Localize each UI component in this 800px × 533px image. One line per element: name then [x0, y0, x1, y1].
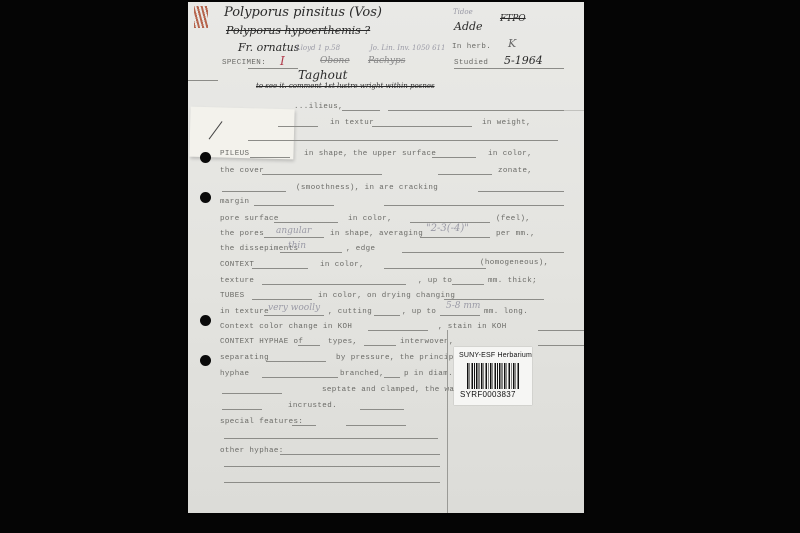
field-smoothness: (smoothness), in are cracking: [296, 184, 438, 192]
field-pileus-line: ...ilieus,: [294, 103, 343, 111]
field-the-pores: the pores: [220, 230, 264, 238]
field-stain-koh: , stain in KOH: [438, 323, 507, 331]
field-homogeneous: (homogeneous),: [480, 259, 549, 267]
blank: [478, 191, 564, 192]
field-pileus: PILEUS: [220, 150, 249, 158]
field-up-to: , up to: [418, 277, 452, 285]
herbarium-barcode-label: SUNY-ESF Herbarium SYRF0003837: [454, 347, 532, 405]
locality: Taghout: [298, 68, 347, 82]
blank: [374, 315, 400, 316]
field-koh: Context color change in KOH: [220, 323, 352, 331]
blank: [224, 466, 440, 467]
field-branched: branched,: [340, 370, 384, 378]
blank: [368, 330, 428, 331]
blank: [438, 174, 492, 175]
field-in-shape-averaging: in shape, averaging: [330, 230, 423, 238]
field-in-shape-upper: in shape, the upper surface: [304, 150, 436, 158]
handwritten-pores-shape: angular: [276, 226, 311, 236]
blank: [254, 205, 334, 206]
specimen-sheet: Polyporus pinsitus (Vos) Polyporus hypoe…: [188, 2, 584, 513]
blank: [266, 361, 326, 362]
blank: [264, 237, 324, 238]
struck-species-name: Polyporus hypoerthemis ?: [226, 24, 370, 37]
hole-punch: [200, 355, 211, 366]
blank: [280, 454, 440, 455]
specimen-underline: [248, 68, 298, 69]
blank: [364, 345, 396, 346]
field-interwoven: interwoven,: [400, 338, 454, 346]
handwritten-note-top-right: Adde: [454, 20, 483, 33]
in-herb-label: In herb.: [452, 43, 491, 51]
field-texture: texture: [220, 277, 254, 285]
field-edge: , edge: [346, 245, 375, 253]
blank: [384, 268, 486, 269]
field-special-features: special features:: [220, 418, 303, 426]
blank: [264, 315, 324, 316]
herbarium-name: SUNY-ESF Herbarium: [459, 352, 532, 359]
field-tubes: TUBES: [220, 292, 245, 300]
blank: [222, 409, 262, 410]
field-in-weight: in weight,: [482, 119, 531, 127]
field-zonate: zonate,: [498, 167, 532, 175]
blank: [224, 438, 438, 439]
faint-note-top-right: Tidoe: [453, 8, 473, 16]
blank: [346, 425, 406, 426]
handwritten-author: Fr. ornatus: [238, 41, 299, 54]
blank: [372, 126, 472, 127]
field-cutting: , cutting: [328, 308, 372, 316]
handwritten-species-name: Polyporus pinsitus (Vos): [224, 5, 382, 20]
blank: [262, 377, 338, 378]
blank: [538, 330, 584, 331]
blank: [224, 482, 440, 483]
blank: [452, 284, 484, 285]
field-p-in-diam: p in diam.: [404, 370, 453, 378]
field-types: types,: [328, 338, 357, 346]
handwritten-texture: very woolly: [268, 303, 320, 313]
blank: [402, 252, 564, 253]
in-herb-value: K: [508, 37, 516, 50]
specimen-struck-1: Obone: [320, 56, 350, 66]
field-hyphae: hyphae: [220, 370, 249, 378]
blank: [262, 174, 382, 175]
blank: [384, 377, 400, 378]
field-pore-surface: pore surface: [220, 215, 279, 223]
faint-note-reference: Lloyd 1 p.58: [296, 44, 340, 52]
specimen-value: I: [280, 54, 285, 68]
field-in-texture-2: in texture: [220, 308, 269, 316]
blank: [444, 299, 544, 300]
handwritten-tubes-length: 5-8 mm: [446, 301, 480, 311]
field-in-color-drying: in color, on drying changing: [318, 292, 455, 300]
studied-label: Studied: [454, 59, 488, 67]
faint-note-journal: Jo. Lin. Inv. 1050 611: [370, 44, 445, 52]
field-margin: margin: [220, 198, 249, 206]
blank: [248, 140, 558, 141]
rule: [188, 80, 218, 81]
struck-note-top-right: FTPO: [500, 14, 526, 24]
blank: [250, 157, 290, 158]
specimen-struck-2: Pachyps: [368, 56, 405, 66]
field-context: CONTEXT: [220, 261, 254, 269]
blank: [292, 425, 316, 426]
field-in-color-2: in color,: [348, 215, 392, 223]
studied-value: 5-1964: [504, 54, 543, 67]
blank: [298, 345, 320, 346]
field-mm-thick: mm. thick;: [488, 277, 537, 285]
blank: [274, 222, 338, 223]
blank: [420, 237, 490, 238]
field-in-color-3: in color,: [320, 261, 364, 269]
field-incrusted: incrusted.: [288, 402, 337, 410]
hole-punch: [200, 315, 211, 326]
field-in-texture: in textur: [330, 119, 374, 127]
blank: [222, 393, 282, 394]
blank: [360, 409, 404, 410]
blank: [440, 315, 480, 316]
barcode: [467, 363, 519, 389]
column-divider: [447, 330, 448, 513]
field-by-pressure: by pressure, the principal: [336, 354, 463, 362]
blank: [222, 191, 286, 192]
field-context-hyphae: CONTEXT HYPHAE of: [220, 338, 303, 346]
handwritten-dissepiments: thin: [288, 241, 306, 251]
field-other-hyphae: other hyphae:: [220, 447, 284, 455]
field-up-to-2: , up to: [402, 308, 436, 316]
pencil-slash: [209, 121, 223, 139]
handwritten-pores-per-mm: "2-3(-4)": [426, 223, 469, 234]
field-separating: separating: [220, 354, 269, 362]
blank: [280, 252, 342, 253]
blank: [252, 268, 308, 269]
blank: [342, 110, 380, 111]
specimen-label: SPECIMEN:: [222, 59, 266, 67]
blank: [384, 205, 564, 206]
struck-note: to see it. comment 1st lustre wright wit…: [256, 82, 435, 90]
red-pencil-mark: [194, 6, 208, 28]
hole-punch: [200, 152, 211, 163]
blank: [538, 345, 584, 346]
field-in-color-1: in color,: [488, 150, 532, 158]
blank: [432, 157, 476, 158]
field-per-mm: per mm.,: [496, 230, 535, 238]
hole-punch: [200, 192, 211, 203]
field-mm-long: mm. long.: [484, 308, 528, 316]
field-feel: (feel),: [496, 215, 530, 223]
blank: [450, 110, 584, 111]
blank: [278, 126, 318, 127]
field-the-cover: the cover: [220, 167, 264, 175]
barcode-id: SYRF0003837: [460, 390, 516, 399]
blank: [262, 284, 406, 285]
studied-underline: [454, 68, 564, 69]
blank: [252, 299, 312, 300]
